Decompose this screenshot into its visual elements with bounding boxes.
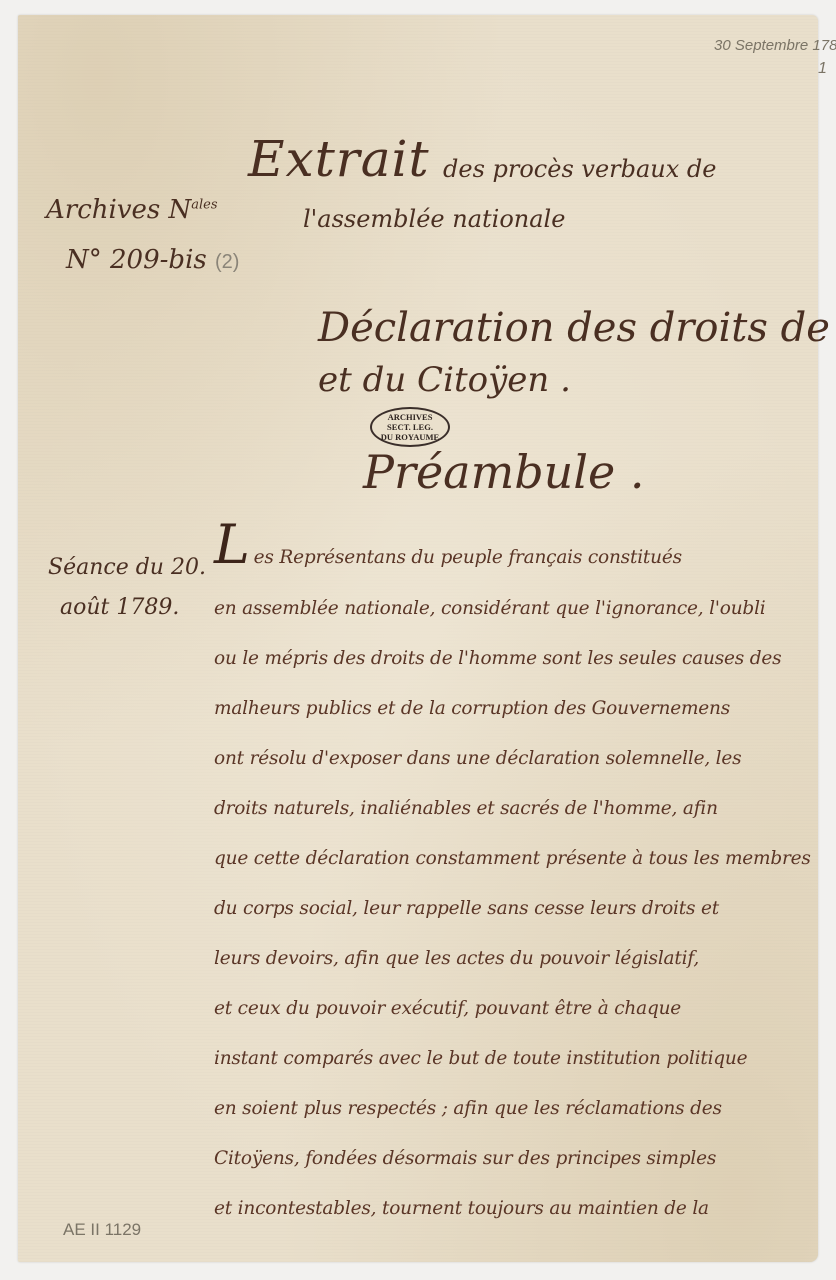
body-line-6: droits naturels, inaliénables et sacrés …	[214, 798, 718, 819]
margin-seance-line-1: Séance du 20.	[48, 555, 206, 580]
body-line-1: Les Représentans du peuple français cons…	[214, 545, 682, 568]
body-line-12: en soient plus respectés ; afin que les …	[214, 1098, 722, 1119]
body-line-2: en assemblée nationale, considérant que …	[214, 598, 766, 619]
heading-extrait: Extrait	[248, 130, 430, 188]
archives-superscript: ales	[191, 197, 217, 212]
body-line-9: leurs devoirs, afin que les actes du pou…	[214, 948, 699, 969]
pencil-date-annotation: 30 Septembre 1789	[714, 37, 836, 54]
archives-label-text: Archives N	[46, 195, 191, 225]
body-line-5: ont résolu d'exposer dans une déclaratio…	[214, 748, 741, 769]
manuscript-page: 30 Septembre 1789 1 Archives Nales N° 20…	[18, 15, 818, 1262]
archives-number-text: N° 209-bis	[66, 245, 207, 275]
body-line-3: ou le mépris des droits de l'homme sont …	[214, 648, 781, 669]
body-line-11: instant comparés avec le but de toute in…	[214, 1048, 747, 1069]
body-line-7: que cette déclaration constamment présen…	[214, 848, 811, 869]
stamp-line-1: ARCHIVES	[372, 412, 448, 422]
folio-number: 1	[818, 60, 827, 78]
body-line-13: Citoÿens, fondées désormais sur des prin…	[214, 1148, 716, 1169]
heading-assemblee: l'assemblée nationale	[303, 205, 565, 233]
archives-stamp: ARCHIVES SECT. LEG. DU ROYAUME	[370, 407, 450, 447]
body-line-14: et incontestables, tournent toujours au …	[214, 1198, 709, 1219]
body-line-8: du corps social, leur rappelle sans cess…	[214, 898, 719, 919]
stamp-line-3: DU ROYAUME	[372, 432, 448, 442]
margin-seance-line-2: août 1789.	[60, 595, 179, 620]
shelfmark-pencil: AE II 1129	[63, 1220, 141, 1240]
heading-preambule: Préambule .	[363, 445, 644, 499]
archives-number-pencil: (2)	[215, 251, 239, 273]
heading-citoyen: et du Citoÿen .	[318, 360, 571, 400]
margin-archives-label: Archives Nales	[46, 195, 218, 225]
heading-extrait-rest: des procès verbaux de	[443, 155, 716, 183]
body-line-10: et ceux du pouvoir exécutif, pouvant êtr…	[214, 998, 681, 1019]
stamp-line-2: SECT. LEG.	[372, 422, 448, 432]
body-line-4: malheurs publics et de la corruption des…	[214, 698, 730, 719]
body-line-text: es Représentans du peuple français const…	[254, 547, 682, 568]
heading-declaration: Déclaration des droits de l'homme	[318, 305, 836, 351]
dropcap-letter: L	[214, 513, 250, 576]
margin-archives-number: N° 209-bis (2)	[66, 245, 239, 275]
